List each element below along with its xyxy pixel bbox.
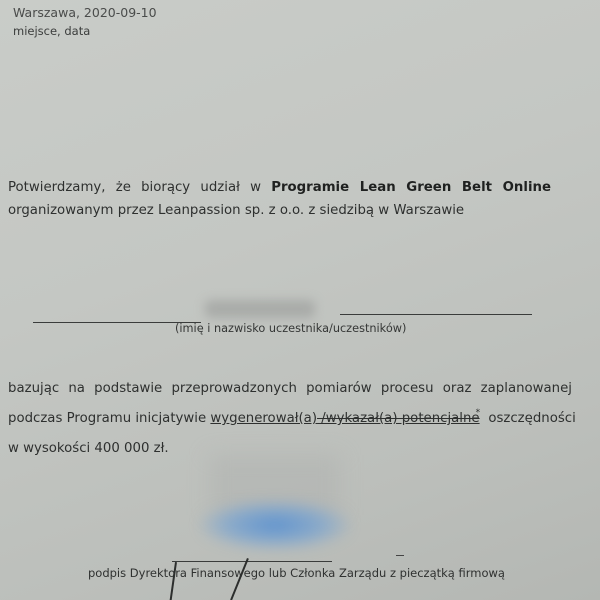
signature-line-end bbox=[396, 555, 404, 556]
place-date-label: miejsce, data bbox=[13, 24, 90, 38]
confirmation-intro: Potwierdzamy, że biorący udział w bbox=[8, 180, 271, 195]
option-struck: /wykazał(a) potencjalne bbox=[317, 411, 480, 426]
name-line-right bbox=[340, 314, 532, 315]
program-name: Programie Lean Green Belt Online bbox=[271, 180, 551, 195]
signature-line bbox=[172, 561, 332, 562]
option-selected: wygenerował(a) bbox=[210, 411, 317, 426]
footnote-mark: * bbox=[476, 408, 481, 418]
signature-caption: podpis Dyrektora Finansowego lub Członka… bbox=[88, 566, 505, 580]
savings-suffix: oszczędności bbox=[484, 411, 576, 426]
savings-amount: w wysokości 400 000 zł. bbox=[8, 441, 169, 456]
place-date: Warszawa, 2020-09-10 bbox=[13, 5, 157, 20]
redacted-participant-name bbox=[205, 300, 315, 318]
savings-prefix: podczas Programu inicjatywie bbox=[8, 411, 210, 426]
redacted-company-stamp bbox=[200, 500, 350, 550]
confirmation-line-1: Potwierdzamy, że biorący udział w Progra… bbox=[8, 180, 551, 195]
savings-line-1: bazując na podstawie przeprowadzonych po… bbox=[8, 381, 572, 396]
confirmation-line-2: organizowanym przez Leanpassion sp. z o.… bbox=[8, 203, 464, 218]
savings-line-2: podczas Programu inicjatywie wygenerował… bbox=[8, 411, 576, 426]
participant-caption: (imię i nazwisko uczestnika/uczestników) bbox=[175, 322, 406, 335]
